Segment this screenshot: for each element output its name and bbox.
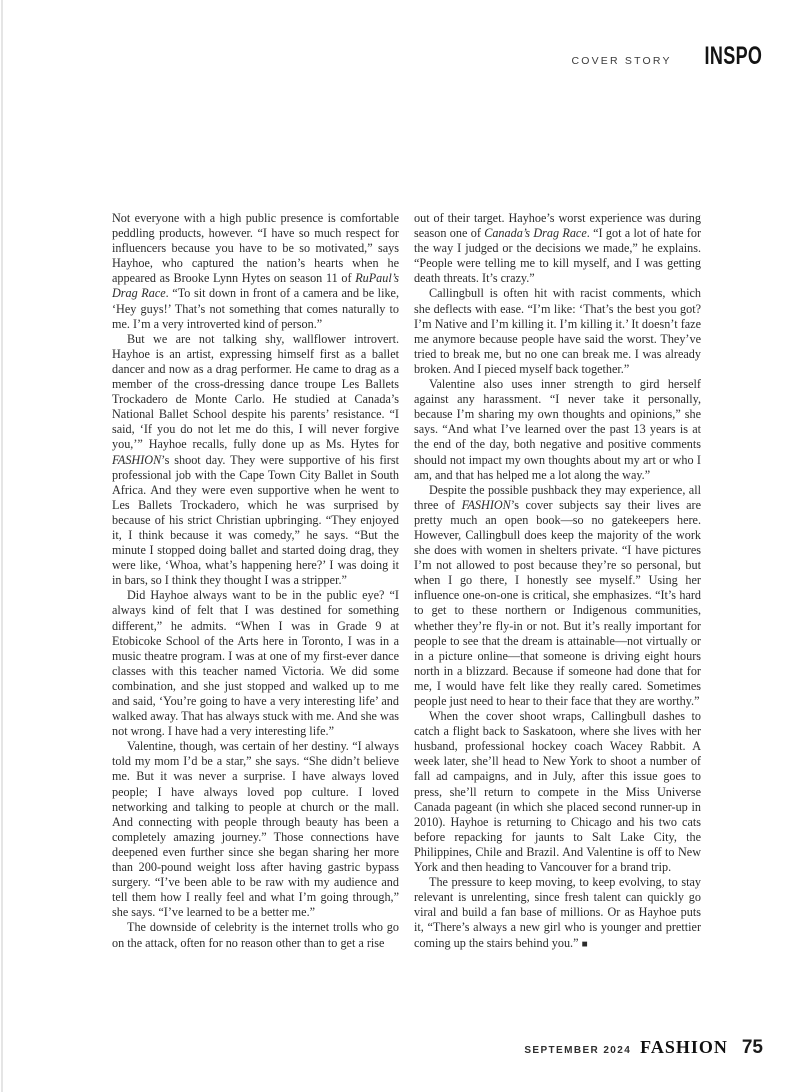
paragraph: Not everyone with a high public presence… [112,211,399,332]
fashion-magazine-logo: FASHION [640,1037,728,1058]
paragraph: Did Hayhoe always want to be in the publ… [112,588,399,739]
paragraph: Valentine, though, was certain of her de… [112,739,399,920]
paragraph: The pressure to keep moving, to keep evo… [414,875,701,951]
paragraph: out of their target. Hayhoe’s worst expe… [414,211,701,286]
section-label: COVER STORY [571,55,671,67]
paragraph: Despite the possible pushback they may e… [414,483,701,709]
paragraph: Callingbull is often hit with racist com… [414,286,701,377]
paragraph: The downside of celebrity is the interne… [112,920,399,950]
inspo-brand-logo: INSPO [704,42,762,71]
paragraph: But we are not talking shy, wallflower i… [112,332,399,589]
page-footer: SEPTEMBER 2024 FASHION 75 [524,1037,763,1059]
article-column-right: out of their target. Hayhoe’s worst expe… [414,211,701,952]
page-header: COVER STORY INSPO [571,42,762,71]
page-edge-line [1,0,3,1092]
paragraph: Valentine also uses inner strength to gi… [414,377,701,483]
end-of-article-mark: ■ [582,939,588,950]
magazine-page: { "header": { "section_label": "COVER ST… [0,0,800,1092]
page-number: 75 [742,1037,763,1059]
article-column-left: Not everyone with a high public presence… [112,211,399,951]
paragraph: When the cover shoot wraps, Callingbull … [414,709,701,875]
issue-date: SEPTEMBER 2024 [524,1045,631,1056]
